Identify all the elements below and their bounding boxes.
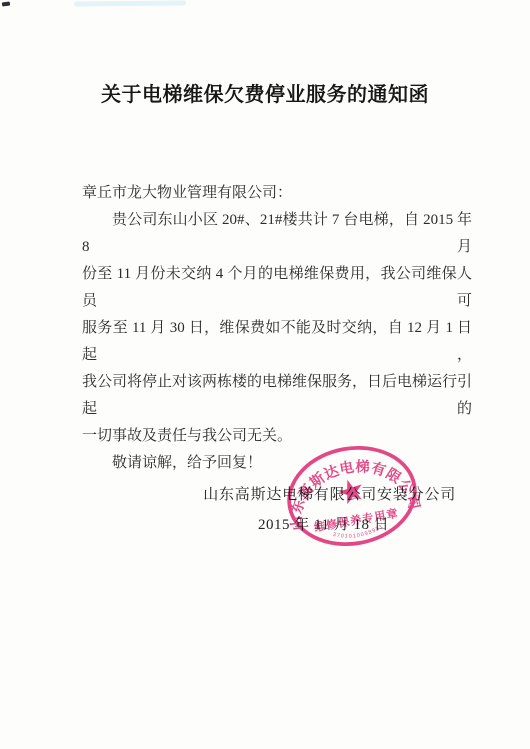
body-line: 贵公司东山小区 20#、21#楼共计 7 台电梯，自 2015 年 8 月 <box>82 207 472 261</box>
body-line: 一切事故及责任与我公司无关。 <box>82 423 472 450</box>
closing-line: 敬请谅解，给予回复！ <box>82 450 472 477</box>
salutation-line: 章丘市龙大物业管理有限公司： <box>82 180 472 207</box>
body-line: 服务至 11 月 30 日，维保费如不能及时交纳，自 12 月 1 日起， <box>82 315 472 369</box>
scan-artifact-streak <box>74 1 186 7</box>
document-title: 关于电梯维保欠费停业服务的通知函 <box>0 78 530 107</box>
body-line: 我公司将停止对该两栋楼的电梯维保服务，日后电梯运行引起的 <box>82 369 472 423</box>
scan-artifact-speck <box>2 1 10 6</box>
signature-date: 2015 年 11 月 18 日 <box>258 513 389 534</box>
document-body: 章丘市龙大物业管理有限公司： 贵公司东山小区 20#、21#楼共计 7 台电梯，… <box>82 180 472 477</box>
scanned-letter-page: 关于电梯维保欠费停业服务的通知函 章丘市龙大物业管理有限公司： 贵公司东山小区 … <box>0 0 530 749</box>
body-line: 份至 11 月份未交纳 4 个月的电梯维保费用，我公司维保人员可 <box>82 261 472 315</box>
signature-company-name: 山东高斯达电梯有限公司安装分公司 <box>203 483 456 504</box>
